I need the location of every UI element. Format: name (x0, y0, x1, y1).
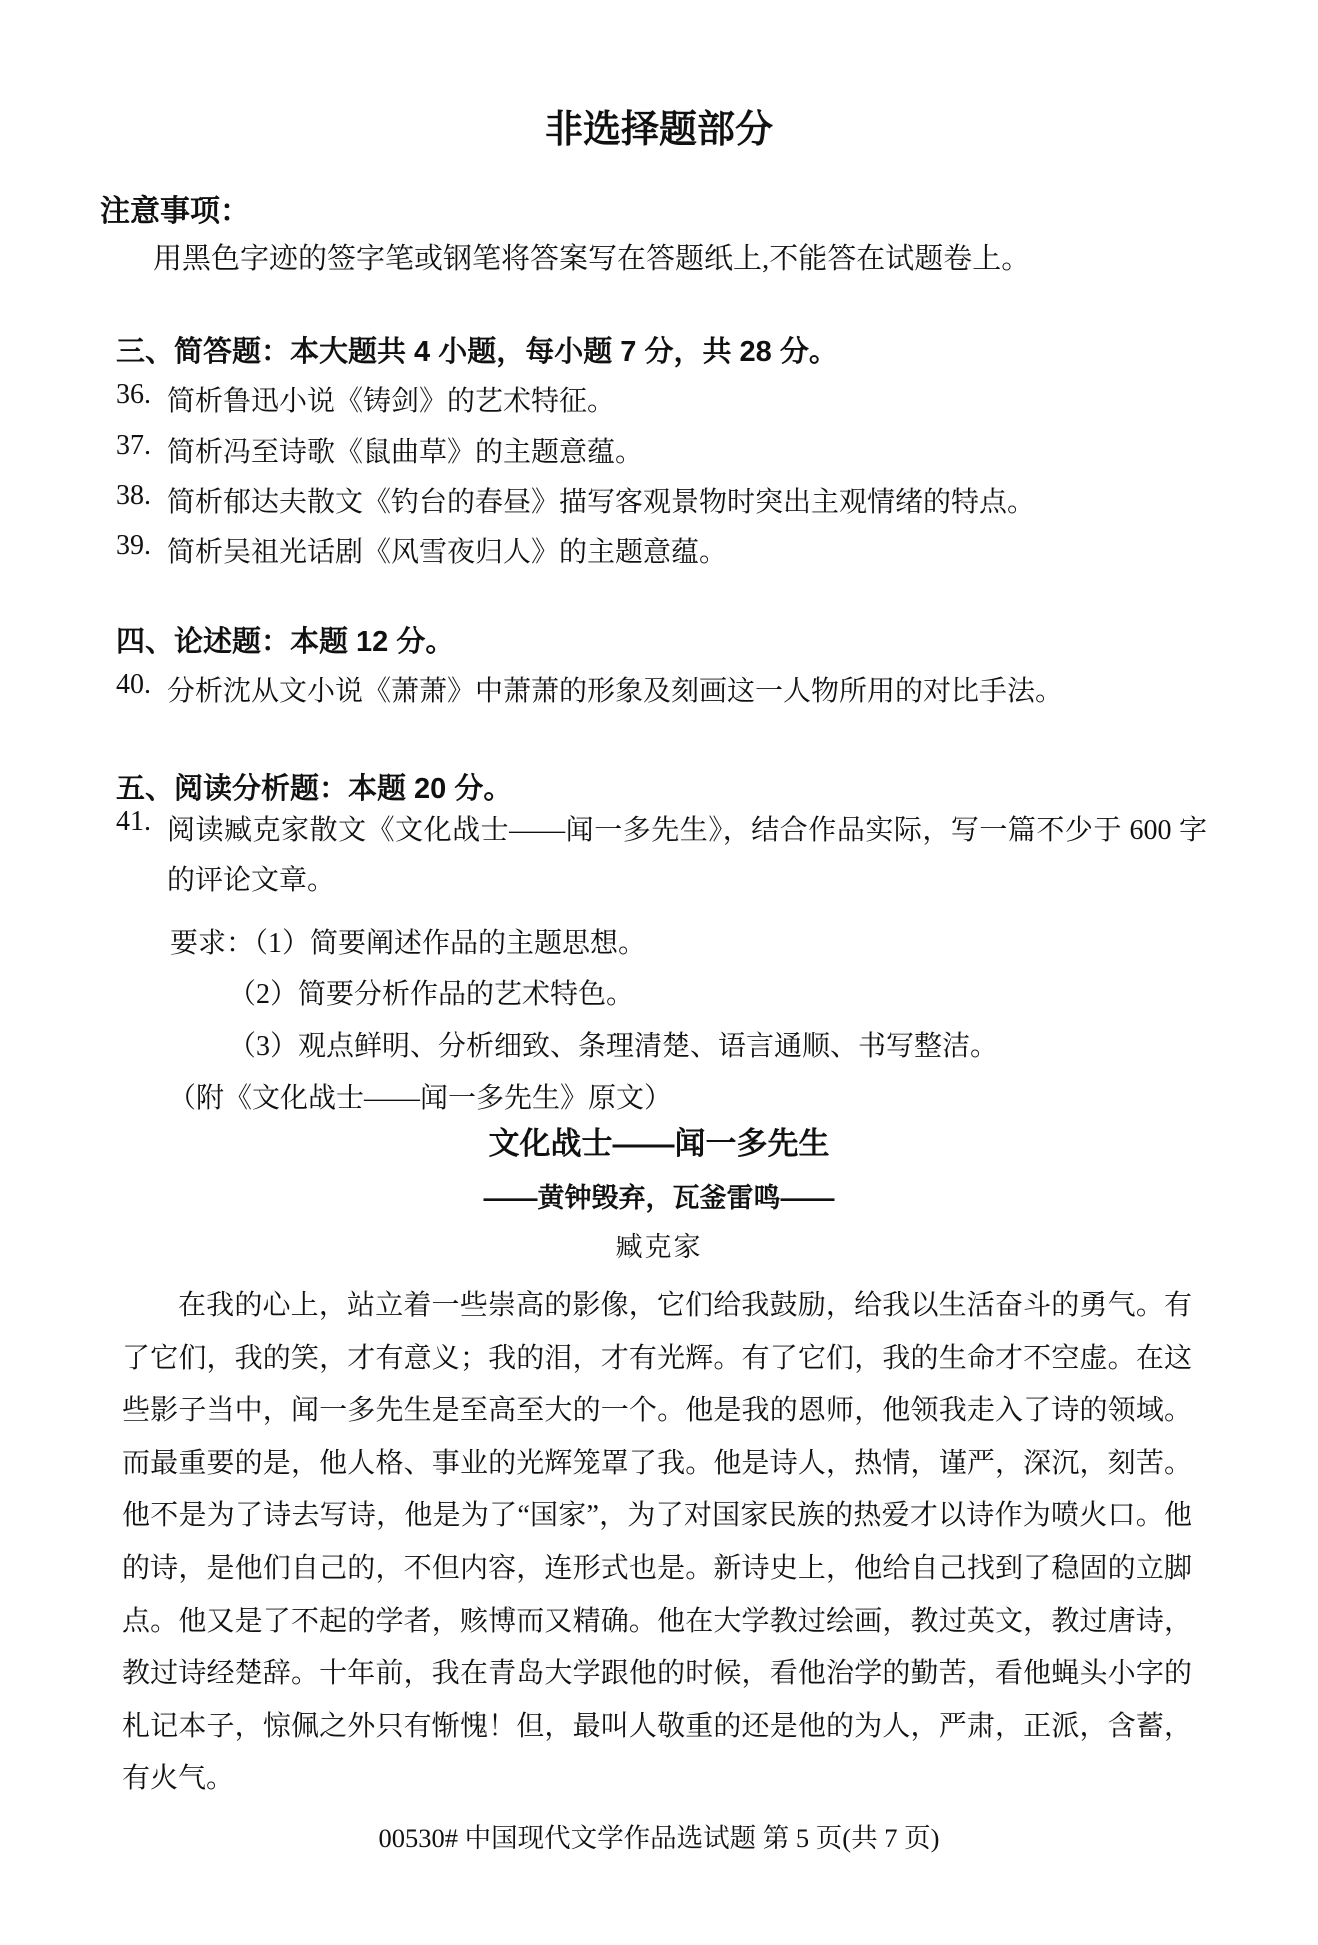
exam-page: 非选择题部分 注意事项： 用黑色字迹的签字笔或钢笔将答案写在答题纸上,不能答在试… (0, 0, 1318, 1945)
question-text: 分析沈从文小说《萧萧》中萧萧的形象及刻画这一人物所用的对比手法。 (167, 669, 1063, 709)
requirement-row-1: 要求：（1）简要阐述作品的主题思想。 (170, 921, 646, 961)
notice-text: 用黑色字迹的签字笔或钢笔将答案写在答题纸上,不能答在试题卷上。 (153, 236, 1030, 277)
question-row-37: 37. 简析冯至诗歌《鼠曲草》的主题意蕴。 (116, 430, 643, 470)
essay-title: 文化战士——闻一多先生 (0, 1118, 1318, 1163)
question-text: 简析吴祖光话剧《风雪夜归人》的主题意蕴。 (167, 530, 727, 570)
question-number: 41. (116, 806, 167, 906)
question-number: 39. (116, 530, 167, 570)
page-footer: 00530# 中国现代文学作品选试题 第 5 页(共 7 页) (0, 1816, 1318, 1855)
essay-subtitle: ——黄钟毁弃，瓦釜雷鸣—— (0, 1176, 1318, 1215)
essay-body: 在我的心上，站立着一些崇高的影像，它们给我鼓励，给我以生活奋斗的勇气。有了它们，… (122, 1280, 1192, 1806)
question-row-41: 41. 阅读臧克家散文《文化战士——闻一多先生》，结合作品实际，写一篇不少于 6… (116, 806, 1207, 906)
question-number: 38. (116, 480, 167, 520)
question-row-36: 36. 简析鲁迅小说《铸剑》的艺术特征。 (116, 379, 615, 419)
requirement-row-2: （2）简要分析作品的艺术特色。 (228, 972, 634, 1012)
question-number: 36. (116, 379, 167, 419)
requirement-text: 简要分析作品的艺术特色。 (298, 979, 634, 1010)
requirement-number: （1） (254, 928, 310, 959)
question-number: 40. (116, 669, 167, 709)
essay-author: 臧克家 (0, 1225, 1318, 1264)
question-text: 简析鲁迅小说《铸剑》的艺术特征。 (167, 379, 615, 419)
section-3-heading: 三、简答题：本大题共 4 小题，每小题 7 分，共 28 分。 (116, 329, 838, 370)
question-text: 阅读臧克家散文《文化战士——闻一多先生》，结合作品实际，写一篇不少于 600 字… (167, 806, 1207, 906)
requirement-number: （2） (228, 979, 298, 1010)
section-5-heading: 五、阅读分析题：本题 20 分。 (116, 766, 512, 807)
notice-label: 注意事项： (100, 186, 250, 230)
question-number: 37. (116, 430, 167, 470)
section-4-heading: 四、论述题：本题 12 分。 (116, 619, 454, 660)
requirement-text: 观点鲜明、分析细致、条理清楚、语言通顺、书写整洁。 (298, 1031, 998, 1062)
requirement-row-3: （3）观点鲜明、分析细致、条理清楚、语言通顺、书写整洁。 (228, 1024, 998, 1064)
question-row-39: 39. 简析吴祖光话剧《风雪夜归人》的主题意蕴。 (116, 530, 727, 570)
question-text: 简析郁达夫散文《钓台的春昼》描写客观景物时突出主观情绪的特点。 (167, 480, 1035, 520)
requirements-label: 要求： (170, 928, 254, 959)
requirement-number: （3） (228, 1031, 298, 1062)
requirement-text: 简要阐述作品的主题思想。 (310, 928, 646, 959)
page-title: 非选择题部分 (0, 108, 1318, 152)
question-text: 简析冯至诗歌《鼠曲草》的主题意蕴。 (167, 430, 643, 470)
question-row-38: 38. 简析郁达夫散文《钓台的春昼》描写客观景物时突出主观情绪的特点。 (116, 480, 1035, 520)
question-row-40: 40. 分析沈从文小说《萧萧》中萧萧的形象及刻画这一人物所用的对比手法。 (116, 669, 1063, 709)
attachment-note: （附《文化战士——闻一多先生》原文） (168, 1076, 672, 1116)
